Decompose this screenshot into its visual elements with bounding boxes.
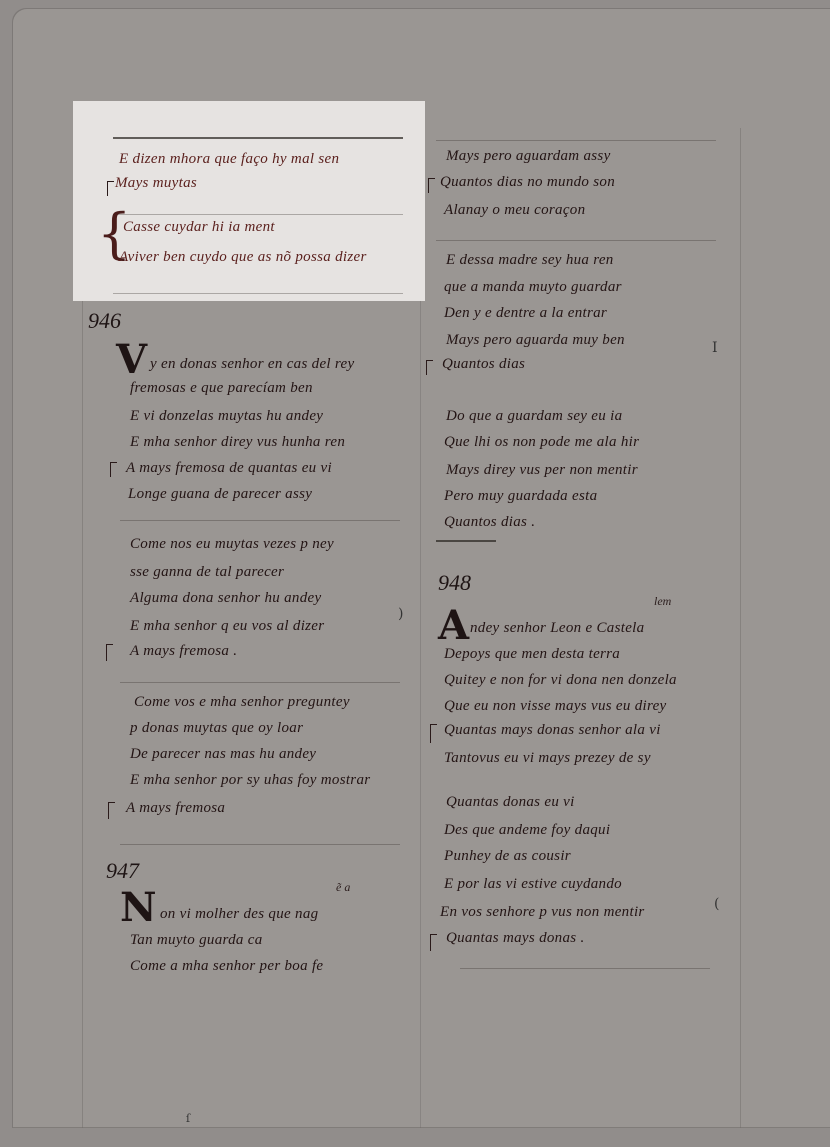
- refrain-mark: [108, 802, 115, 819]
- verse-line: E mha senhor direy vus hunha ren: [130, 434, 345, 451]
- verse-line: Alguma dona senhor hu andey: [130, 590, 321, 607]
- verse-line: E mha senhor q eu vos al dizer: [130, 618, 324, 635]
- verse-line: En vos senhore p vus non mentir: [440, 904, 645, 921]
- verse-line: Tan muyto guarda ca: [130, 932, 263, 949]
- verse-line: Quantas donas eu vi: [446, 794, 575, 811]
- ruling-line: [113, 214, 403, 215]
- margin-tick-mark: I: [712, 340, 718, 356]
- verse-line: E vi donzelas muytas hu andey: [130, 408, 323, 425]
- ruling-line: [113, 137, 403, 139]
- refrain-mark: [430, 934, 437, 951]
- verse-line: Que lhi os non pode me ala hir: [444, 434, 639, 451]
- refrain-mark: [430, 724, 437, 743]
- verse-line: sse ganna de tal parecer: [130, 564, 284, 581]
- decorated-initial: V: [116, 340, 147, 380]
- ruling-line: [436, 140, 716, 141]
- ruling-line: [113, 293, 403, 294]
- refrain-mark: [428, 178, 435, 193]
- verse-line: E mha senhor por sy uhas foy mostrar: [130, 772, 370, 789]
- margin-bracket-mark: (: [714, 896, 719, 912]
- refrain-mark: [110, 462, 117, 477]
- margin-bracket-mark: ): [398, 606, 403, 622]
- fragment-line-4: Aviver ben cuydo que as nõ possa dizer: [119, 249, 367, 266]
- verse-line: Alanay o meu coraçon: [444, 202, 585, 219]
- verse-line: E por las vi estive cuydando: [444, 876, 622, 893]
- margin-note: ẽ a: [336, 880, 350, 895]
- refrain-mark: [107, 181, 114, 196]
- fragment-line-1: E dizen mhora que faço hy mal sen: [119, 151, 339, 168]
- ruling-line: [460, 968, 710, 969]
- verse-line: Des que andeme foy daqui: [444, 822, 610, 839]
- verse-line: Mays pero aguarda muy ben: [446, 332, 625, 349]
- verse-line: Que eu non visse mays vus eu direy: [444, 698, 667, 715]
- verse-line: p donas muytas que oy loar: [130, 720, 303, 737]
- verse-line: Come a mha senhor per boa fe: [130, 958, 323, 975]
- verse-line: fremosas e que parecíam ben: [130, 380, 313, 397]
- verse-line: Depoys que men desta terra: [444, 646, 620, 663]
- ruling-line: [436, 240, 716, 241]
- verse-line: A mays fremosa: [126, 800, 225, 817]
- ruling-line: [120, 682, 400, 683]
- verse-line: Quantos dias no mundo son: [440, 174, 615, 191]
- poem-number: 948: [438, 570, 471, 596]
- verse-line: De parecer nas mas hu andey: [130, 746, 316, 763]
- verse-line: Tantovus eu vi mays prezey de sy: [444, 750, 651, 767]
- verse-line: y en donas senhor en cas del rey: [150, 356, 354, 373]
- verse-line: Pero muy guardada esta: [444, 488, 597, 505]
- refrain-mark: [426, 360, 433, 375]
- verse-line: Quantos dias .: [444, 514, 535, 531]
- verse-line: que a manda muyto guardar: [444, 279, 622, 296]
- verse-line: Den y e dentre a la entrar: [444, 305, 607, 322]
- decorated-initial: N: [120, 888, 157, 928]
- verse-line: Come vos e mha senhor preguntey: [134, 694, 350, 711]
- fragment-line-2: Mays muytas: [115, 175, 197, 192]
- verse-line: E dessa madre sey hua ren: [446, 252, 614, 269]
- highlighted-fragment: E dizen mhora que faço hy mal sen Mays m…: [73, 101, 425, 301]
- ruling-line: [120, 844, 400, 845]
- decorated-initial: A: [438, 606, 469, 646]
- verse-line: Quantos dias: [442, 356, 525, 373]
- verse-line: Quantas mays donas .: [446, 930, 585, 947]
- verse-line: Mays pero aguardam assy: [446, 148, 611, 165]
- verse-line: A mays fremosa de quantas eu vi: [126, 460, 332, 477]
- verse-line: Punhey de as cousir: [444, 848, 571, 865]
- ruling-line: [436, 540, 496, 542]
- ruling-line: [120, 520, 400, 521]
- poem-number: 946: [88, 308, 121, 334]
- refrain-mark: [106, 644, 113, 661]
- verse-line: Quantas mays donas senhor ala vi: [444, 722, 661, 739]
- verse-line: Mays direy vus per non mentir: [446, 462, 638, 479]
- margin-note: lem: [654, 594, 671, 609]
- poem-number: 947: [106, 858, 139, 884]
- verse-line: on vi molher des que nag: [160, 906, 318, 923]
- fragment-line-3: Casse cuydar hi ia ment: [123, 219, 275, 236]
- verse-line: A mays fremosa .: [130, 643, 237, 660]
- verse-line: ndey senhor Leon e Castela: [470, 620, 644, 637]
- verse-line: Come nos eu muytas vezes p ney: [130, 536, 334, 553]
- verse-line: Quitey e non for vi dona nen donzela: [444, 672, 677, 689]
- verse-line: Do que a guardam sey eu ia: [446, 408, 622, 425]
- verse-line: Longe guana de parecer assy: [128, 486, 312, 503]
- folio-mark: ſ: [186, 1112, 190, 1125]
